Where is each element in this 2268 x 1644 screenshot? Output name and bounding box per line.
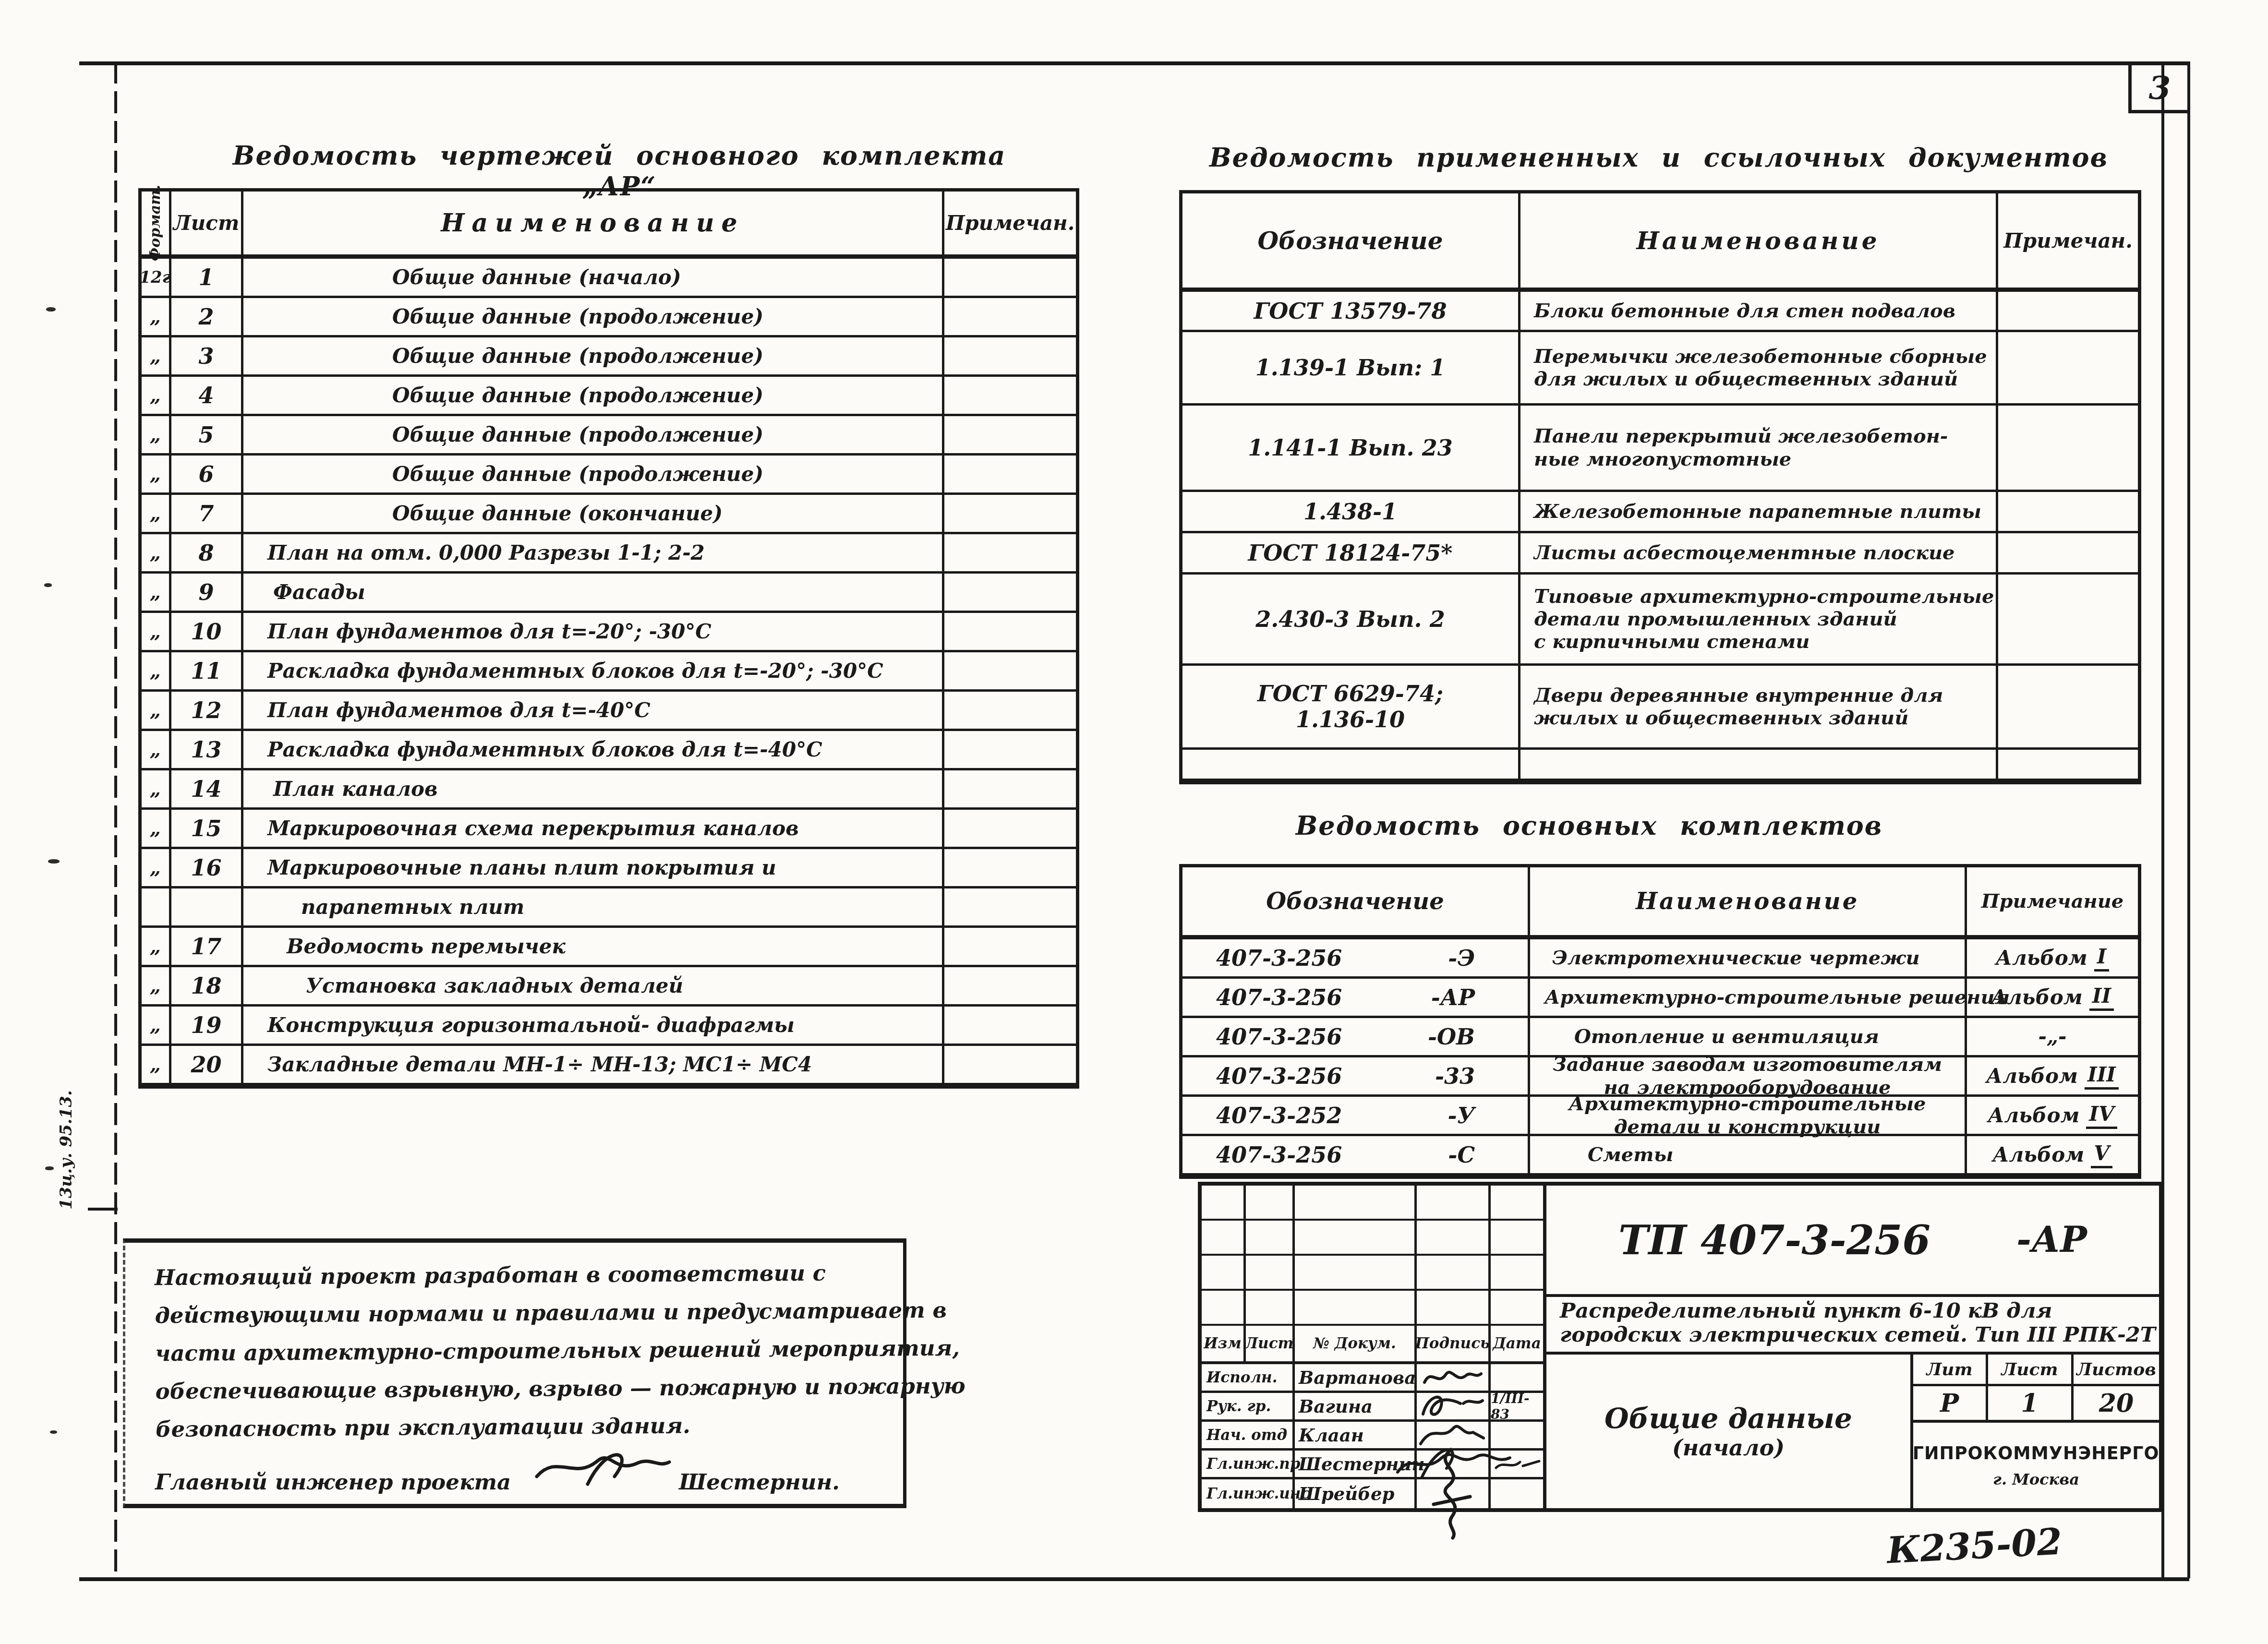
sheet-number: 11 <box>171 652 243 689</box>
drawing-name: План на отм. 0,000 Разрезы 1-1; 2-2 <box>243 534 944 571</box>
change-log-cell <box>1417 1221 1491 1254</box>
doc-name: Листы асбестоцементные плоские <box>1520 533 1998 572</box>
doc-designation: 1.438-1 <box>1182 492 1520 531</box>
drawing-name: Раскладка фундаментных блоков для t=-20°… <box>243 652 944 689</box>
note-cell <box>944 337 1076 374</box>
change-log-cell <box>1246 1186 1295 1219</box>
col-header-designation: Обозначение <box>1182 193 1520 288</box>
col-header-name: Наименование <box>1530 867 1967 935</box>
note-cell <box>944 298 1076 335</box>
set-designation: 407-3-256-Э <box>1182 939 1530 976</box>
change-log-cell <box>1202 1186 1246 1219</box>
set-note: АльбомII <box>1967 979 2138 1016</box>
sheet-number: 10 <box>171 613 243 650</box>
lit-label: Лит <box>1913 1355 1988 1384</box>
signer-signature <box>1417 1364 1491 1391</box>
sheet-number: 15 <box>171 810 243 847</box>
drawings-row: „18Установка закладных деталей <box>142 967 1076 1007</box>
doc-name: Перемычки железобетонные сборныедля жилы… <box>1520 332 1998 403</box>
references-row: ГОСТ 18124-75*Листы асбестоцементные пло… <box>1182 533 2138 575</box>
drawings-row: „15Маркировочная схема перекрытия канало… <box>142 810 1076 849</box>
doc-name: Блоки бетонные для стен подвалов <box>1520 292 1998 330</box>
note-cell <box>944 692 1076 729</box>
doc-designation-line: 1.136-10 <box>1296 707 1405 732</box>
doc-designation-line: 1.141-1 Вып. 23 <box>1248 435 1452 461</box>
format-cell: „ <box>142 456 171 492</box>
change-log-cell <box>1417 1291 1491 1324</box>
doc-name-line: детали промышленных зданий <box>1534 608 1897 630</box>
change-log-cell <box>1295 1256 1417 1289</box>
signer-name: Вагина <box>1295 1393 1417 1419</box>
drawings-table-body: 12г1Общие данные (начало)„2Общие данные … <box>142 259 1076 1085</box>
set-designation: 407-3-256-33 <box>1182 1057 1530 1094</box>
references-row: 1.139-1 Вып: 1Перемычки железобетонные с… <box>1182 332 2138 406</box>
drawing-name: Общие данные (продолжение) <box>243 337 944 374</box>
set-name-line: детали и конструкции <box>1614 1116 1881 1138</box>
doc-designation-line: 2.430-3 Вып. 2 <box>1255 606 1445 632</box>
signer-date: 1/III-83 <box>1491 1393 1543 1419</box>
drawing-name: Общие данные (окончание) <box>243 495 944 532</box>
doc-title-line2: (начало) <box>1672 1435 1785 1461</box>
format-cell: „ <box>142 849 171 886</box>
set-name-line: Отопление и вентиляция <box>1574 1025 1879 1048</box>
format-cell: „ <box>142 377 171 414</box>
designation-suffix: -АР <box>2016 1219 2087 1260</box>
sheet-number: 6 <box>171 456 243 492</box>
format-cell: 12г <box>142 259 171 296</box>
set-name: Электротехнические чертежи <box>1530 939 1967 976</box>
doc-name: Двери деревянные внутренние дляжилых и о… <box>1520 666 1998 747</box>
lit-values-row: Р 1 20 <box>1913 1386 2159 1423</box>
doc-designation-line: ГОСТ 13579-78 <box>1254 298 1447 324</box>
lit-header-row: Лит Лист Листов <box>1913 1355 2159 1386</box>
change-log-cell <box>1202 1221 1246 1254</box>
sheet-number: 5 <box>171 416 243 453</box>
format-cell: „ <box>142 495 171 532</box>
drawing-name: Маркировочные планы плит покрытия и <box>243 849 944 886</box>
drawing-name: Общие данные (продолжение) <box>243 416 944 453</box>
listov-value: 20 <box>2074 1386 2159 1420</box>
doc-name-line: ные многопустотные <box>1534 448 1791 470</box>
album-label: Альбом <box>1986 1064 2078 1088</box>
signer-date <box>1491 1479 1543 1508</box>
references-register-table: Обозначение Наименование Примечан. ГОСТ … <box>1179 190 2141 784</box>
col-header-sheet: Лист <box>171 192 243 254</box>
change-log-cell <box>1417 1186 1491 1219</box>
album-label: Альбом <box>1992 1143 2084 1166</box>
set-designation: 407-3-256-ОВ <box>1182 1018 1530 1055</box>
scan-artifact <box>46 307 56 312</box>
change-log-cell <box>1491 1221 1543 1254</box>
note-text-line: обеспечивающие взрывную, взрыво — пожарн… <box>155 1367 894 1410</box>
signer-signature <box>1417 1479 1491 1508</box>
references-row <box>1182 750 2138 781</box>
doc-designation: 1.139-1 Вып: 1 <box>1182 332 1520 403</box>
signer-role: Гл.инж.пр <box>1202 1451 1295 1477</box>
doc-designation <box>1182 750 1520 779</box>
change-log-empty-row <box>1202 1186 1543 1221</box>
sheet-number: 2 <box>171 298 243 335</box>
frame-left-line <box>114 61 117 1578</box>
signer-name: Вартанова <box>1295 1364 1417 1391</box>
set-name: Задание заводам изготовителямна электроо… <box>1530 1057 1967 1094</box>
note-text-line: действующими нормами и правилами и преду… <box>155 1291 893 1334</box>
col-header-format-label: Формат. <box>147 185 164 262</box>
drawing-name: Общие данные (продолжение) <box>243 456 944 492</box>
set-name: Архитектурно-строительныедетали и констр… <box>1530 1097 1967 1134</box>
frame-right-outer-line <box>2187 61 2190 1578</box>
format-cell: „ <box>142 1046 171 1083</box>
doc-name-line: жилых и общественных зданий <box>1534 707 1908 729</box>
drawing-name: парапетных плит <box>243 888 944 925</box>
change-log-empty-row <box>1202 1291 1543 1326</box>
format-cell <box>142 888 171 925</box>
change-log-cell <box>1295 1186 1417 1219</box>
set-name: Архитектурно-строительные решения <box>1530 979 1967 1016</box>
drawing-name: План фундаментов для t=-40°С <box>243 692 944 729</box>
sheet-number: 3 <box>171 337 243 374</box>
title-block-right: ТП 407-3-256 -АР Распределительный пункт… <box>1546 1186 2159 1508</box>
sets-row: 407-3-256-33Задание заводам изготовителя… <box>1182 1057 2138 1097</box>
col-header-name: Наименование <box>243 192 944 254</box>
drawings-row: „7Общие данные (окончание) <box>142 495 1076 534</box>
set-designation-suffix: -Э <box>1448 945 1475 971</box>
signer-row: Гл.инж.инсШрейбер <box>1202 1479 1543 1508</box>
set-name-line: Сметы <box>1588 1143 1673 1166</box>
note-cell <box>944 456 1076 492</box>
doc-name-line: Панели перекрытий железобетон- <box>1534 425 1948 447</box>
drawings-row: парапетных плит <box>142 888 1076 928</box>
project-note-signoff: Главный инженер проекта Шестернин. <box>125 1449 903 1495</box>
sets-table-body: 407-3-256-ЭЭлектротехнические чертежиАль… <box>1182 939 2138 1176</box>
note-cell <box>1998 750 2138 779</box>
change-log-cell <box>1295 1221 1417 1254</box>
format-cell: „ <box>142 652 171 689</box>
doc-name-line: с кирпичными стенами <box>1534 630 1810 653</box>
col-header-format: Формат. <box>142 192 171 254</box>
col-header-designation: Обозначение <box>1182 867 1530 935</box>
doc-designation: 2.430-3 Вып. 2 <box>1182 575 1520 663</box>
col-podpis: Подпись <box>1417 1326 1491 1361</box>
change-log-cell <box>1491 1291 1543 1324</box>
frame-bottom-line <box>79 1577 2189 1581</box>
signer-role: Гл.инж.инс <box>1202 1479 1295 1508</box>
album-label: Альбом <box>1996 946 2087 970</box>
doc-designation: ГОСТ 18124-75* <box>1182 533 1520 572</box>
signer-row: Исполн.Вартанова <box>1202 1364 1543 1393</box>
change-log-rows <box>1202 1186 1543 1326</box>
set-name: Сметы <box>1530 1136 1967 1173</box>
format-cell: „ <box>142 534 171 571</box>
note-text-line: безопасность при эксплуатации здания. <box>156 1405 894 1448</box>
drawing-name: Раскладка фундаментных блоков для t=-40°… <box>243 731 944 768</box>
frame-top-line <box>79 61 2189 65</box>
note-cell <box>1998 575 2138 663</box>
format-cell: „ <box>142 731 171 768</box>
signer-name: Шрейбер <box>1295 1479 1417 1508</box>
note-text-line: части архитектурно-строительных решений … <box>155 1329 894 1372</box>
note-cell <box>944 1046 1076 1083</box>
designation-cell: ТП 407-3-256 -АР <box>1546 1186 2159 1297</box>
drawings-row: „6Общие данные (продолжение) <box>142 456 1076 495</box>
format-cell: „ <box>142 810 171 847</box>
album-roman-numeral: IV <box>2086 1102 2117 1129</box>
change-log-cell <box>1295 1291 1417 1324</box>
drawing-name: План каналов <box>243 770 944 807</box>
note-cell <box>944 928 1076 965</box>
drawings-row: „17Ведомость перемычек <box>142 928 1076 967</box>
drawing-name: Общие данные (продолжение) <box>243 377 944 414</box>
set-designation-suffix: -С <box>1448 1142 1475 1168</box>
note-cell <box>944 849 1076 886</box>
sheet-number: 13 <box>171 731 243 768</box>
signer-role: Исполн. <box>1202 1364 1295 1391</box>
col-header-note: Примечан. <box>1998 193 2138 288</box>
doc-designation-line: 1.139-1 Вып: 1 <box>1255 355 1445 381</box>
doc-designation-line: ГОСТ 18124-75* <box>1248 540 1453 566</box>
sheet-number: 7 <box>171 495 243 532</box>
format-cell: „ <box>142 416 171 453</box>
sheet-number: 17 <box>171 928 243 965</box>
drawing-name: Конструкция горизонтальной- диафрагмы <box>243 1007 944 1044</box>
object-line2: городских электрических сетей. Тип III Р… <box>1560 1323 2159 1347</box>
sets-row: 407-3-256-АРАрхитектурно-строительные ре… <box>1182 979 2138 1018</box>
signature-icon <box>1419 1389 1486 1424</box>
sheet-number: 8 <box>171 534 243 571</box>
org-cell: ГИПРОКОММУНЭНЕРГО г. Москва <box>1913 1423 2159 1508</box>
note-cell <box>1998 492 2138 531</box>
set-designation-base: 407-3-256 <box>1216 1024 1342 1050</box>
title-block: Изм Лист № Докум. Подпись Дата Исполн.Ва… <box>1198 1182 2163 1512</box>
sets-row: 407-3-256-ЭЭлектротехнические чертежиАль… <box>1182 939 2138 979</box>
signature-icon <box>1422 1364 1484 1391</box>
designation-text: ТП 407-3-256 <box>1618 1216 1930 1264</box>
doc-name: Железобетонные парапетные плиты <box>1520 492 1998 531</box>
format-cell: „ <box>142 770 171 807</box>
set-note: АльбомIV <box>1967 1097 2138 1134</box>
title-block-left-grid: Изм Лист № Докум. Подпись Дата Исполн.Ва… <box>1202 1186 1546 1508</box>
doc-name-line: Железобетонные парапетные плиты <box>1534 500 1981 523</box>
signer-date <box>1491 1364 1543 1391</box>
set-name-line: Архитектурно-строительные решения <box>1544 986 2010 1008</box>
doc-name: Типовые архитектурно-строительныедетали … <box>1520 575 1998 663</box>
format-cell: „ <box>142 574 171 611</box>
drawing-name: Закладные детали МН-1÷ МН-13; МС1÷ МС4 <box>243 1046 944 1083</box>
set-note: АльбомI <box>1967 939 2138 976</box>
change-log-cell <box>1491 1256 1543 1289</box>
signer-date <box>1491 1451 1543 1477</box>
references-header-row: Обозначение Наименование Примечан. <box>1182 193 2138 292</box>
sheet-number: 4 <box>171 377 243 414</box>
scanned-drawing-sheet: 3 13ц.у. 95.13. Ведомость чертежей основ… <box>0 0 2268 1644</box>
note-cell <box>944 1007 1076 1044</box>
drawings-register-table: Формат. Лист Наименование Примечан. 12г1… <box>138 188 1079 1089</box>
project-note-text: Настоящий проект разработан в соответств… <box>125 1240 904 1448</box>
drawing-name: Фасады <box>243 574 944 611</box>
drawings-row: „14План каналов <box>142 770 1076 810</box>
format-cell: „ <box>142 692 171 729</box>
album-label: Альбом <box>1991 985 2083 1009</box>
note-cell <box>1998 332 2138 403</box>
album-roman-numeral: II <box>2089 984 2114 1011</box>
col-list: Лист <box>1246 1326 1295 1361</box>
col-header-name: Наименование <box>1520 193 1998 288</box>
doc-name-line: Типовые архитектурно-строительные <box>1534 585 1994 608</box>
object-name-cell: Распределительный пункт 6-10 кВ для горо… <box>1546 1297 2159 1355</box>
change-log-empty-row <box>1202 1256 1543 1291</box>
doc-name-line: Листы асбестоцементные плоские <box>1534 541 1955 564</box>
album-label: -„- <box>2038 1025 2066 1048</box>
corner-note: К235-02 <box>1886 1520 2063 1572</box>
set-designation-base: 407-3-256 <box>1216 984 1342 1010</box>
col-header-note: Примечание <box>1967 867 2138 935</box>
margin-note: 13ц.у. 95.13. <box>57 1090 76 1210</box>
drawings-row: „9Фасады <box>142 574 1076 613</box>
set-name-line: Задание заводам изготовителям <box>1553 1053 1942 1076</box>
lit-value: Р <box>1913 1386 1988 1420</box>
references-register-title: Ведомость примененных и ссылочных докуме… <box>1181 142 2136 173</box>
set-designation-suffix: -АР <box>1431 984 1475 1010</box>
date-scribble-icon <box>1492 1452 1542 1476</box>
album-roman-numeral: III <box>2085 1063 2119 1090</box>
doc-name-line: Двери деревянные внутренние для <box>1534 684 1943 707</box>
signer-rows: Исполн.ВартановаРук. гр.Вагина1/III-83На… <box>1202 1364 1543 1508</box>
gip-signature <box>530 1449 674 1495</box>
change-log-cell <box>1491 1186 1543 1219</box>
set-name-line: Архитектурно-строительные <box>1568 1092 1926 1115</box>
signer-signature <box>1417 1393 1491 1419</box>
drawing-name: Общие данные (начало) <box>243 259 944 296</box>
drawings-row: „10План фундаментов для t=-20°; -30°С <box>142 613 1076 652</box>
signoff-name: Шестернин. <box>679 1469 840 1495</box>
drawings-row: „4Общие данные (продолжение) <box>142 377 1076 416</box>
sets-register-title: Ведомость основных комплектов <box>1229 810 1949 841</box>
doc-name <box>1520 750 1998 779</box>
set-designation-suffix: -33 <box>1435 1063 1475 1089</box>
scan-artifact <box>45 1166 54 1170</box>
note-cell <box>1998 292 2138 330</box>
set-designation-base: 407-3-256 <box>1216 945 1342 971</box>
format-cell: „ <box>142 298 171 335</box>
note-cell <box>944 495 1076 532</box>
drawings-row: „5Общие данные (продолжение) <box>142 416 1076 456</box>
set-note: АльбомV <box>1967 1136 2138 1173</box>
list-value: 1 <box>1988 1386 2074 1420</box>
set-name-line: Электротехнические чертежи <box>1552 947 1919 969</box>
drawing-name: Установка закладных деталей <box>243 967 944 1004</box>
signer-row: Гл.инж.прШестернин <box>1202 1451 1543 1479</box>
note-cell <box>944 613 1076 650</box>
doc-designation-line: 1.438-1 <box>1303 499 1397 525</box>
drawing-name: Маркировочная схема перекрытия каналов <box>243 810 944 847</box>
doc-name: Панели перекрытий железобетон-ные многоп… <box>1520 406 1998 490</box>
drawings-row: 12г1Общие данные (начало) <box>142 259 1076 298</box>
sets-header-row: Обозначение Наименование Примечание <box>1182 867 2138 939</box>
col-header-note: Примечан. <box>944 192 1076 254</box>
signoff-role: Главный инженер проекта <box>155 1469 511 1495</box>
format-cell: „ <box>142 1007 171 1044</box>
note-cell <box>1998 406 2138 490</box>
set-designation: 407-3-256-АР <box>1182 979 1530 1016</box>
sheet-number: 20 <box>171 1046 243 1083</box>
set-designation-base: 407-3-256 <box>1216 1142 1342 1168</box>
signature-icon <box>1424 1446 1482 1542</box>
sheet-number: 19 <box>171 1007 243 1044</box>
drawings-row: „12План фундаментов для t=-40°С <box>142 692 1076 731</box>
sets-row: 407-3-256-ОВОтопление и вентиляция-„- <box>1182 1018 2138 1057</box>
signer-role: Рук. гр. <box>1202 1393 1295 1419</box>
format-cell: „ <box>142 967 171 1004</box>
set-name: Отопление и вентиляция <box>1530 1018 1967 1055</box>
note-cell <box>1998 666 2138 747</box>
drawings-row: „8План на отм. 0,000 Разрезы 1-1; 2-2 <box>142 534 1076 574</box>
doc-designation: 1.141-1 Вып. 23 <box>1182 406 1520 490</box>
format-cell: „ <box>142 613 171 650</box>
drawings-row: „3Общие данные (продолжение) <box>142 337 1076 377</box>
object-line1: Распределительный пункт 6-10 кВ для <box>1560 1299 2159 1323</box>
note-cell <box>944 574 1076 611</box>
list-label: Лист <box>1988 1355 2074 1384</box>
drawings-row: „13Раскладка фундаментных блоков для t=-… <box>142 731 1076 770</box>
org-city: г. Москва <box>1993 1470 2079 1488</box>
note-cell <box>944 259 1076 296</box>
sheet-number: 12 <box>171 692 243 729</box>
set-designation-base: 407-3-256 <box>1216 1063 1342 1089</box>
note-cell <box>944 377 1076 414</box>
col-dokum: № Докум. <box>1295 1326 1417 1361</box>
set-designation: 407-3-252-У <box>1182 1097 1530 1134</box>
note-cell <box>944 731 1076 768</box>
signer-role: Нач. отд <box>1202 1422 1295 1448</box>
project-note-block: Настоящий проект разработан в соответств… <box>123 1238 906 1508</box>
sheet-number: 16 <box>171 849 243 886</box>
note-cell <box>944 967 1076 1004</box>
album-roman-numeral: V <box>2091 1141 2112 1168</box>
set-designation-suffix: -У <box>1448 1103 1475 1128</box>
note-cell <box>944 416 1076 453</box>
format-cell: „ <box>142 928 171 965</box>
set-designation-base: 407-3-252 <box>1216 1103 1342 1128</box>
album-roman-numeral: I <box>2094 945 2110 972</box>
change-log-cell <box>1417 1256 1491 1289</box>
set-note: АльбомIII <box>1967 1057 2138 1094</box>
org-name: ГИПРОКОММУНЭНЕРГО <box>1913 1442 2159 1464</box>
drawing-name: Ведомость перемычек <box>243 928 944 965</box>
note-cell <box>1998 533 2138 572</box>
references-row: 2.430-3 Вып. 2Типовые архитектурно-строи… <box>1182 575 2138 666</box>
note-cell <box>944 770 1076 807</box>
change-log-cell <box>1246 1291 1295 1324</box>
signer-row: Рук. гр.Вагина1/III-83 <box>1202 1393 1543 1422</box>
col-izm: Изм <box>1202 1326 1246 1361</box>
listov-label: Листов <box>2074 1355 2159 1384</box>
change-log-cell <box>1202 1256 1246 1289</box>
references-table-body: ГОСТ 13579-78Блоки бетонные для стен под… <box>1182 292 2138 781</box>
change-log-cell <box>1202 1291 1246 1324</box>
doc-designation: ГОСТ 13579-78 <box>1182 292 1520 330</box>
signature-icon <box>530 1449 674 1493</box>
scan-artifact <box>44 583 52 587</box>
doc-designation: ГОСТ 6629-74;1.136-10 <box>1182 666 1520 747</box>
doc-title-line1: Общие данные <box>1604 1402 1852 1435</box>
doc-name-line: Блоки бетонные для стен подвалов <box>1534 300 1955 322</box>
set-note: -„- <box>1967 1018 2138 1055</box>
drawings-row: „16Маркировочные планы плит покрытия и <box>142 849 1076 888</box>
sets-register-table: Обозначение Наименование Примечание 407-… <box>1179 864 2141 1179</box>
change-log-header: Изм Лист № Докум. Подпись Дата <box>1202 1326 1543 1364</box>
format-cell: „ <box>142 337 171 374</box>
note-cell <box>944 810 1076 847</box>
